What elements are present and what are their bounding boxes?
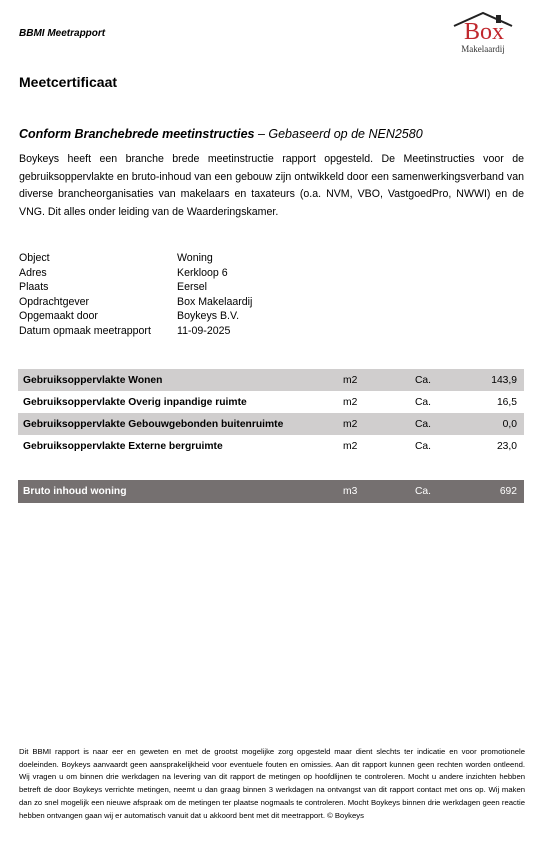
measure-value: 16,5 — [480, 391, 524, 413]
report-header-title: BBMI Meetrapport — [19, 28, 105, 39]
table-row: Gebruiksoppervlakte Gebouwgebonden buite… — [18, 413, 524, 435]
measure-approx: Ca. — [410, 435, 480, 457]
table-row: Gebruiksoppervlakte Wonen m2 Ca. 143,9 — [18, 369, 524, 391]
measure-unit: m2 — [338, 413, 410, 435]
object-info: ObjectWoning AdresKerkloop 6 PlaatsEerse… — [19, 251, 252, 339]
info-key: Plaats — [19, 280, 177, 295]
info-value: Woning — [177, 251, 213, 266]
subtitle-rest: – Gebaseerd op de NEN2580 — [254, 127, 422, 141]
measure-label: Gebruiksoppervlakte Wonen — [18, 369, 338, 391]
intro-paragraph: Boykeys heeft een branche brede meetinst… — [19, 151, 524, 222]
info-row: ObjectWoning — [19, 251, 252, 266]
measure-label: Gebruiksoppervlakte Gebouwgebonden buite… — [18, 413, 338, 435]
measurements-table: Gebruiksoppervlakte Wonen m2 Ca. 143,9 G… — [18, 369, 524, 457]
total-label: Bruto inhoud woning — [18, 480, 338, 503]
total-volume-table: Bruto inhoud woning m3 Ca. 692 — [18, 480, 524, 503]
measure-unit: m2 — [338, 391, 410, 413]
measure-label: Gebruiksoppervlakte Externe bergruimte — [18, 435, 338, 457]
info-value: Kerkloop 6 — [177, 266, 228, 281]
info-value: Box Makelaardij — [177, 295, 252, 310]
info-row: Datum opmaak meetrapport11-09-2025 — [19, 324, 252, 339]
table-row: Gebruiksoppervlakte Overig inpandige rui… — [18, 391, 524, 413]
logo-sub-text: Makelaardij — [452, 44, 514, 54]
info-key: Adres — [19, 266, 177, 281]
info-key: Opdrachtgever — [19, 295, 177, 310]
subtitle: Conform Branchebrede meetinstructies – G… — [19, 127, 423, 141]
measure-unit: m2 — [338, 369, 410, 391]
logo-main-text: Box — [456, 20, 512, 44]
info-row: Opgemaakt doorBoykeys B.V. — [19, 309, 252, 324]
total-unit: m3 — [338, 480, 410, 503]
total-row: Bruto inhoud woning m3 Ca. 692 — [18, 480, 524, 503]
measure-value: 143,9 — [480, 369, 524, 391]
table-row: Gebruiksoppervlakte Externe bergruimte m… — [18, 435, 524, 457]
disclaimer-text: Dit BBMI rapport is naar eer en geweten … — [19, 746, 525, 822]
info-value: Eersel — [177, 280, 207, 295]
info-row: OpdrachtgeverBox Makelaardij — [19, 295, 252, 310]
info-value: 11-09-2025 — [177, 324, 230, 339]
measure-approx: Ca. — [410, 391, 480, 413]
info-key: Datum opmaak meetrapport — [19, 324, 177, 339]
measure-value: 23,0 — [480, 435, 524, 457]
info-key: Opgemaakt door — [19, 309, 177, 324]
measure-unit: m2 — [338, 435, 410, 457]
info-key: Object — [19, 251, 177, 266]
measure-value: 0,0 — [480, 413, 524, 435]
info-row: PlaatsEersel — [19, 280, 252, 295]
info-value: Boykeys B.V. — [177, 309, 239, 324]
total-value: 692 — [480, 480, 524, 503]
company-logo: Box Makelaardij — [452, 10, 514, 56]
measure-approx: Ca. — [410, 413, 480, 435]
page-title: Meetcertificaat — [19, 74, 117, 90]
measure-label: Gebruiksoppervlakte Overig inpandige rui… — [18, 391, 338, 413]
subtitle-bold: Conform Branchebrede meetinstructies — [19, 127, 254, 141]
info-row: AdresKerkloop 6 — [19, 266, 252, 281]
measure-approx: Ca. — [410, 369, 480, 391]
total-approx: Ca. — [410, 480, 480, 503]
